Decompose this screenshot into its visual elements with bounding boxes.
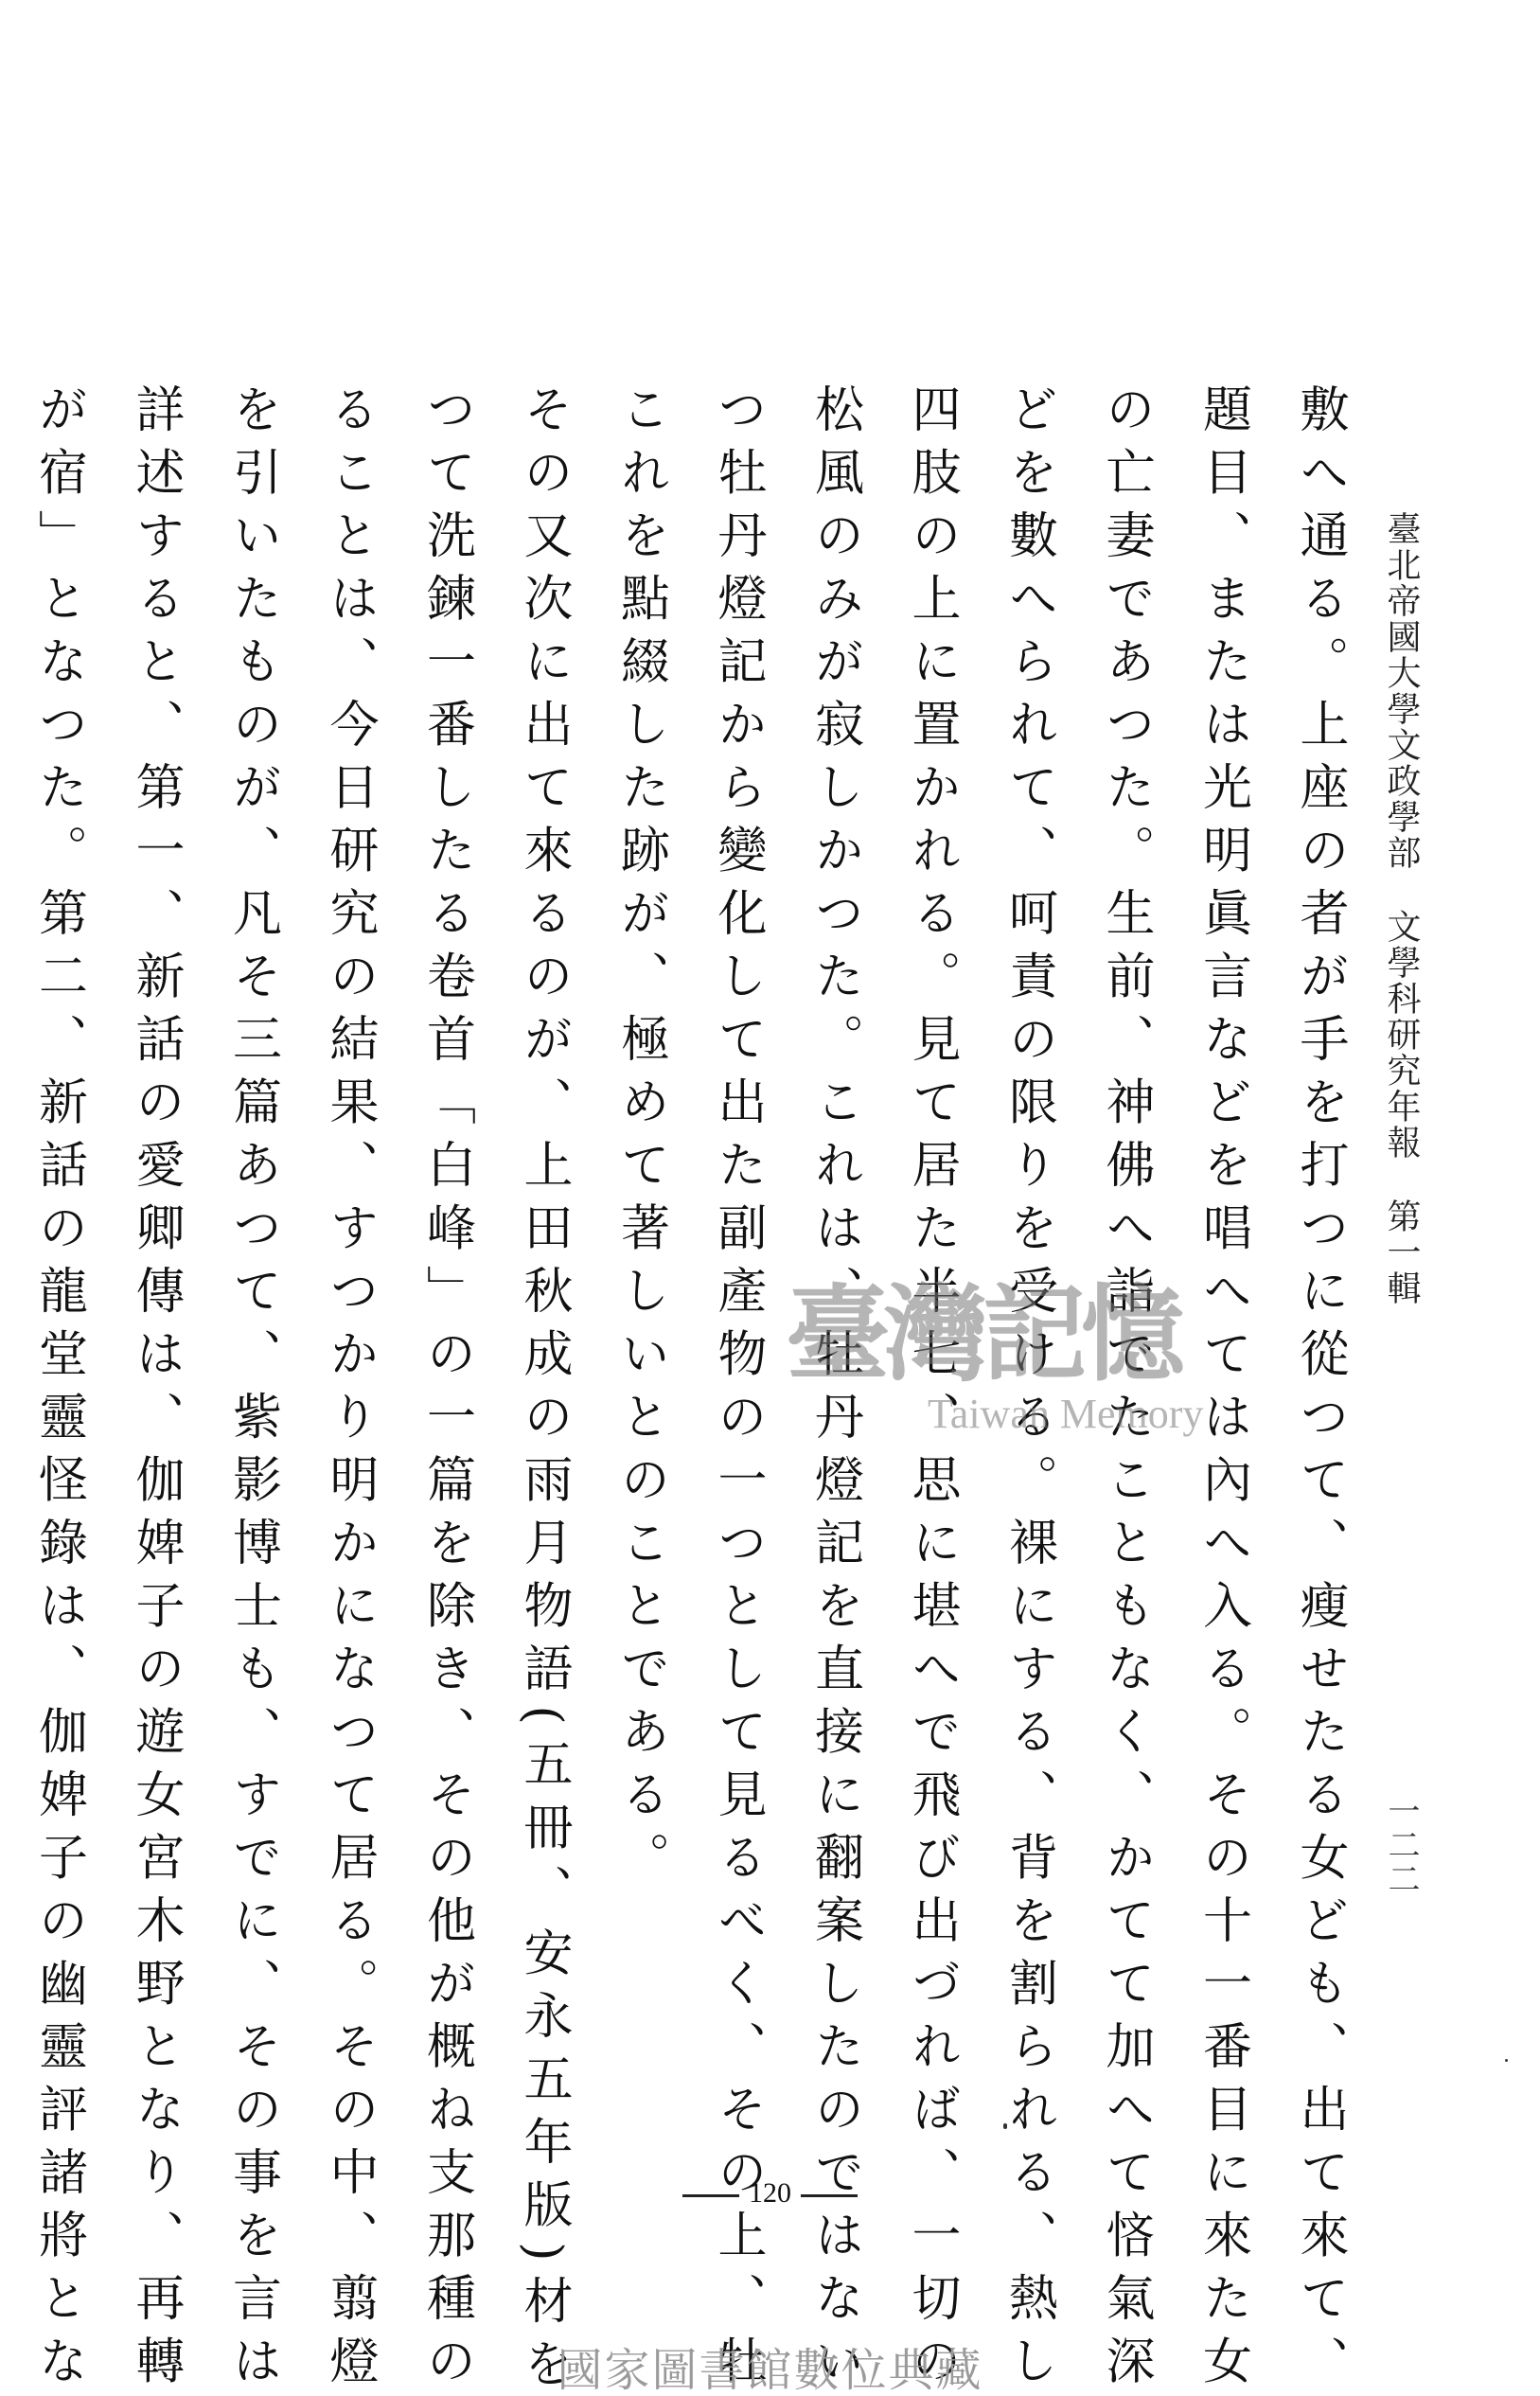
text-column: その又次に出て來るのが、上田秋成の雨月物語(五冊、安永五年版)材を撰集抄に取: [495, 383, 593, 2144]
body-text: 敷へ通る。上座の者が手を打つに從つて、瘦せたる女ども、出て來て、物を捧げ、念佛 …: [109, 383, 1368, 2144]
folio-dash-right: [801, 2194, 858, 2197]
text-column: ることは、今日研究の結果、すつかり明かになつて居る。その中、翦燈新話から系統: [301, 383, 398, 2144]
scan-speck: [1505, 2059, 1508, 2062]
text-column: つ牡丹燈記から變化して出た副產物の一つとして見るべく、その上、牡丹燈記のあれ: [689, 383, 787, 2144]
journal-volume: 第一輯: [1382, 1198, 1421, 1306]
text-column: が宿」となつた。第二、新話の龍堂靈怪錄は、伽婢子の幽靈評諸將となり、更に變じて: [9, 383, 107, 2144]
text-column: 敷へ通る。上座の者が手を打つに從つて、瘦せたる女ども、出て來て、物を捧げ、念佛: [1271, 383, 1369, 2144]
library-watermark: 國家圖書館數位典藏: [0, 2334, 1540, 2396]
text-column: つて洗鍊一番したる卷首「白峰」の一篇を除き、その他が概ね支那種の燒き直しであ: [398, 383, 495, 2144]
text-column: これを點綴した跡が、極めて著しいとのことである。: [592, 383, 689, 2144]
text-column: 詳述すると、第一、新話の愛卿傳は、伽婢子の遊女宮木野となり、再轉して雨月の「淺茅: [107, 383, 204, 2144]
journal-title-institution: 臺北帝國大學文政學部: [1382, 511, 1421, 871]
journal-title-series: 文學科研究年報: [1382, 909, 1421, 1161]
text-column: どを數へられて、呵責の限りを受ける。裸にする、背を割られる、熱した鐵丸を五體: [980, 383, 1077, 2144]
folio-page-number: 120: [749, 2177, 791, 2209]
text-column: を引いたものが、凡そ三篇あつて、紫影博士も、すでに、その事を言はれた。試に之を: [204, 383, 301, 2144]
text-column: の亡妻であつた。生前、神佛へ詣でたこともなく、かてて加へて悋氣深かりし罪な: [1077, 383, 1175, 2144]
text-column: 游歷の俳人が、高野山中の夜、關白秀次の亡魂に遇ふといふ雨月の「佛法僧」となつた: [0, 383, 9, 2144]
text-column: 四肢の上に置かれる。見て居た半七、思に堪へで飛び出づれば、一切の物は消えて、: [883, 383, 981, 2144]
folio-dash-left: [682, 2194, 739, 2197]
header-page-number: 一二二: [1377, 1794, 1425, 1896]
text-column: 題目、または光明眞言などを唱へては內へ入る。その十一番目に來た女が、半七: [1174, 383, 1271, 2144]
text-column: 松風のみが寂しかつた。これは、牡丹燈記を直接に翻案したのではないが、猶ほ且: [786, 383, 883, 2144]
running-header: 臺北帝國大學文政學部文學科研究年報第一輯: [1377, 511, 1425, 1931]
page-folio: 120: [0, 2177, 1540, 2210]
scan-speck: [1003, 2123, 1007, 2129]
